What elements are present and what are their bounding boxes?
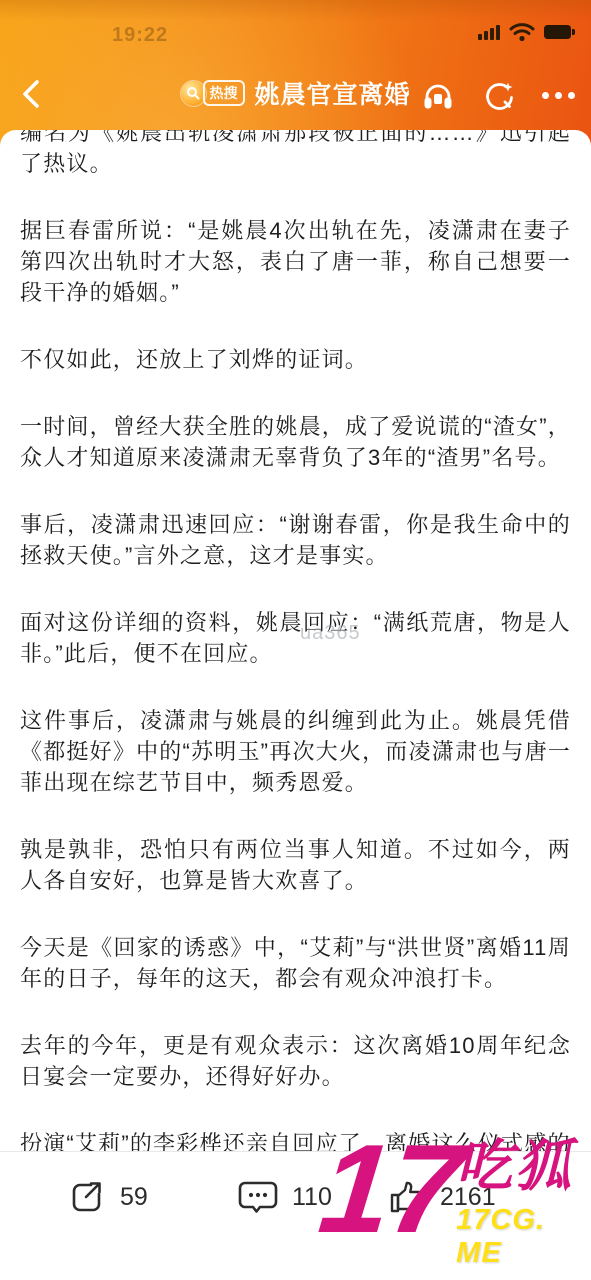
like-button[interactable]: 2161 bbox=[386, 1176, 496, 1218]
like-count: 2161 bbox=[440, 1183, 496, 1212]
hot-badge: 热搜 bbox=[202, 80, 244, 106]
bottom-action-bar: 59 110 2161 bbox=[0, 1151, 591, 1280]
article-paragraph: 不仅如此，还放上了刘烨的证词。 bbox=[20, 344, 571, 375]
more-options-button[interactable] bbox=[539, 76, 577, 114]
thumbs-up-icon bbox=[386, 1176, 428, 1218]
status-bar: 19:22 bbox=[0, 18, 591, 54]
article-paragraph: 去年的今年，更是有观众表示：这次离婚10周年纪念日宴会一定要办，还得好好办。 bbox=[20, 1030, 571, 1092]
app-screen: 19:22 bbox=[0, 0, 591, 1280]
article-paragraph: 今天是《回家的诱惑》中，“艾莉”与“洪世贤”离婚11周年的日子，每年的这天，都会… bbox=[20, 932, 571, 994]
share-icon bbox=[66, 1176, 108, 1218]
hot-search-title[interactable]: 热搜 姚晨官宣离婚 bbox=[180, 75, 410, 111]
article-paragraph: 据巨春雷所说：“是姚晨4次出轨在先，凌潇肃在妻子第四次出轨时才大怒，表白了唐一菲… bbox=[20, 215, 571, 308]
battery-icon bbox=[544, 25, 571, 39]
ellipsis-icon bbox=[542, 92, 575, 99]
header: 19:22 bbox=[0, 0, 591, 150]
cellular-signal-icon bbox=[478, 25, 500, 40]
comment-icon bbox=[236, 1176, 280, 1218]
listen-audio-button[interactable] bbox=[419, 76, 457, 114]
nav-bar: 热搜 姚晨官宣离婚 bbox=[0, 66, 591, 124]
page-title: 姚晨官宣离婚 bbox=[254, 75, 410, 111]
back-button[interactable] bbox=[14, 76, 50, 112]
status-time: 19:22 bbox=[112, 24, 168, 47]
article-paragraph: 孰是孰非，恐怕只有两位当事人知道。不过如今，两人各自安好，也算是皆大欢喜了。 bbox=[20, 834, 571, 896]
article-paragraph: 面对这份详细的资料，姚晨回应：“满纸荒唐，物是人非。”此后，便不在回应。 bbox=[20, 607, 571, 669]
article-card: 编名为《姚晨出轨凌潇肃那段被正面的……》迅引起了热议。据巨春雷所说：“是姚晨4次… bbox=[0, 130, 591, 1280]
refresh-search-icon[interactable] bbox=[479, 76, 517, 114]
status-icons bbox=[478, 22, 571, 42]
share-count: 59 bbox=[120, 1183, 148, 1212]
nav-actions bbox=[419, 76, 577, 114]
comment-count: 110 bbox=[292, 1183, 332, 1212]
wifi-icon bbox=[509, 22, 535, 42]
article-body: 编名为《姚晨出轨凌潇肃那段被正面的……》迅引起了热议。据巨春雷所说：“是姚晨4次… bbox=[20, 130, 571, 1159]
article-paragraph: 一时间，曾经大获全胜的姚晨，成了爱说谎的“渣女”，众人才知道原来凌潇肃无辜背负了… bbox=[20, 411, 571, 473]
share-button[interactable]: 59 bbox=[66, 1176, 148, 1218]
comment-button[interactable]: 110 bbox=[236, 1176, 332, 1218]
article-paragraph: 这件事后，凌潇肃与姚晨的纠缠到此为止。姚晨凭借《都挺好》中的“苏明玉”再次大火，… bbox=[20, 705, 571, 798]
article-paragraph: 事后，凌潇肃迅速回应：“谢谢春雷，你是我生命中的拯救天使。”言外之意，这才是事实… bbox=[20, 509, 571, 571]
article-paragraph: 编名为《姚晨出轨凌潇肃那段被正面的……》迅引起了热议。 bbox=[20, 130, 571, 179]
